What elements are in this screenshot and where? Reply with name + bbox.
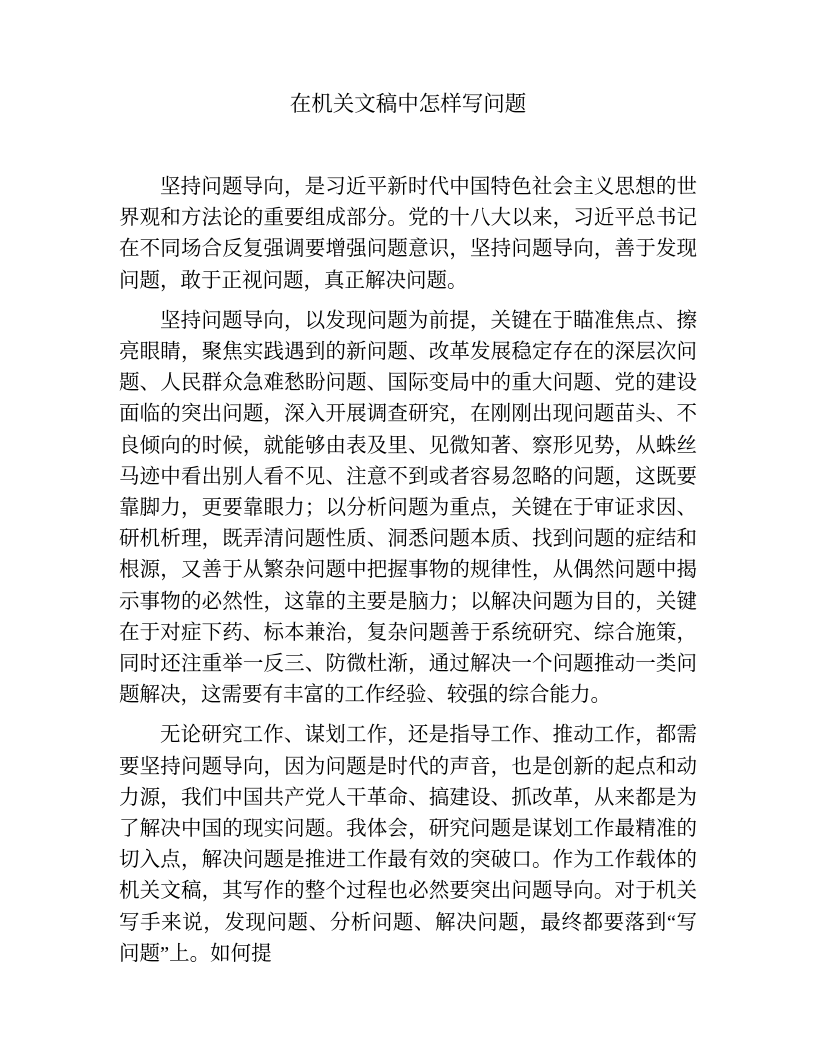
document-title: 在机关文稿中怎样写问题 [119, 88, 697, 120]
paragraph-1: 坚持问题导向，是习近平新时代中国特色社会主义思想的世界观和方法论的重要组成部分。… [119, 172, 697, 297]
paragraph-2: 坚持问题导向，以发现问题为前提，关键在于瞄准焦点、擦亮眼睛，聚焦实践遇到的新问题… [119, 306, 697, 712]
paragraph-3: 无论研究工作、谋划工作，还是指导工作、推动工作，都需要坚持问题导向，因为问题是时… [119, 720, 697, 970]
document-page: 在机关文稿中怎样写问题 坚持问题导向，是习近平新时代中国特色社会主义思想的世界观… [0, 0, 816, 1056]
